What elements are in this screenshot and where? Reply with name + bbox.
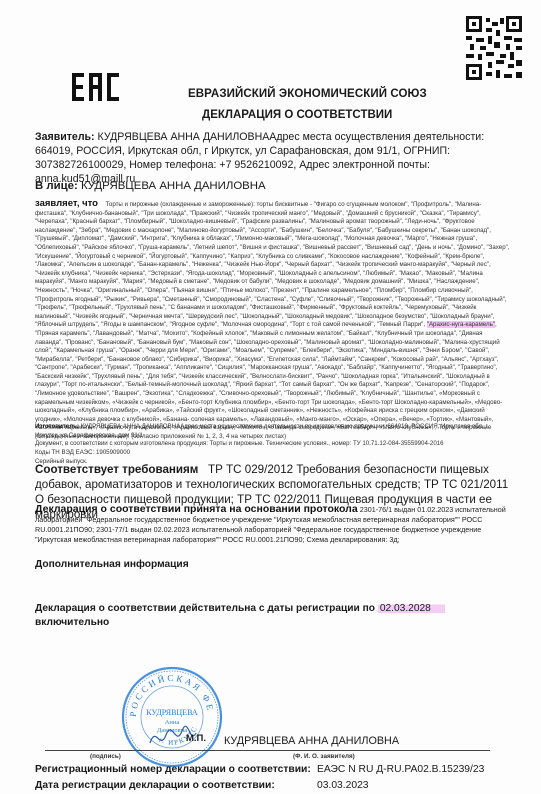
registration-date-label: Дата регистрации декларации о соответств… (35, 780, 275, 791)
representative-section: В лице: КУДРЯВЦЕВА АННА ДАНИЛОВНА (35, 180, 505, 192)
applicant-section: Заявитель: КУДРЯВЦЕВА АННА ДАНИЛОВНААдре… (35, 130, 505, 186)
applicant-label: Заявитель: (35, 131, 95, 143)
signatory-name: КУДРЯВЦЕВА АННА ДАНИЛОВНА (224, 735, 399, 747)
registration-number-label: Регистрационный номер декларации о соотв… (35, 764, 311, 775)
applicant-details: КУДРЯВЦЕВА АННА ДАНИЛОВНААдрес места осу… (35, 131, 484, 185)
signature-caption: (подпись) (90, 753, 121, 760)
declaration-page: ЕВРАЗИЙСКИЙ ЭКОНОМИЧЕСКИЙ СОЮЗ ДЕКЛАРАЦИ… (0, 0, 541, 794)
validity-section: Декларация о соответствии действительна … (35, 602, 505, 630)
basis-section: Декларация о соответствии принята на осн… (35, 504, 515, 545)
requirements-label: Соответствует требованиям (35, 463, 198, 476)
representative-name: КУДРЯВЦЕВА АННА ДАНИЛОВНА (81, 180, 266, 192)
official-stamp-icon: РОССИЙСКАЯ ФЕДЕРАЦИЯ г. ИРКУТСК КУДРЯВЦЕ… (120, 665, 224, 769)
highlighted-product: "Арахис-нуга-карамель" (427, 321, 495, 328)
manufacturer-section: Изготовитель: КУДРЯВЦЕВА АННА ДАНИЛОВНАА… (35, 423, 510, 467)
qr-code-icon (466, 16, 522, 80)
validity-label: Декларация о соответствии действительна … (35, 603, 375, 614)
additional-info-label: Дополнительная информация (35, 559, 505, 570)
manufacturing-document: Документ, в соответствии с которым изгот… (35, 440, 510, 449)
union-title: ЕВРАЗИЙСКИЙ ЭКОНОМИЧЕСКИЙ СОЮЗ (188, 88, 427, 100)
product-section: заявляет, что Торты и пирожные (охлажден… (35, 200, 510, 442)
signature-line (45, 750, 490, 751)
product-lead: заявляет, что (35, 198, 98, 209)
validity-date: 02.03.2028 (378, 603, 445, 614)
tnved-codes: Коды ТН ВЭД ЕАЭС: 1905909000 (35, 449, 510, 458)
basis-label: Декларация о соответствии принята на осн… (35, 503, 358, 515)
stamp-center-text-2: Анна (165, 719, 180, 726)
manufacturer-details: КУДРЯВЦЕВА АННА ДАНИЛОВНААдрес места осу… (35, 423, 488, 439)
registration-date-value: 03.03.2023 (317, 780, 369, 791)
document-title: ДЕКЛАРАЦИЯ О СООТВЕТСТВИИ (202, 109, 392, 121)
validity-suffix: включительно (35, 617, 109, 628)
product-list-part-1: Торты и пирожные (охлажденные и замороже… (35, 201, 510, 328)
registration-number-value: ЕАЭС N RU Д-RU.PA02.B.15239/23 (317, 764, 484, 775)
eac-logo-icon (71, 72, 121, 102)
stamp-center-text-1: КУДРЯВЦЕВА (146, 708, 198, 717)
manufacturer-label: Изготовитель: (35, 423, 79, 430)
seal-place-label: М.П. (186, 733, 206, 744)
representative-label: В лице: (35, 180, 78, 192)
name-caption: (Ф. И. О. заявителя) (293, 753, 355, 760)
